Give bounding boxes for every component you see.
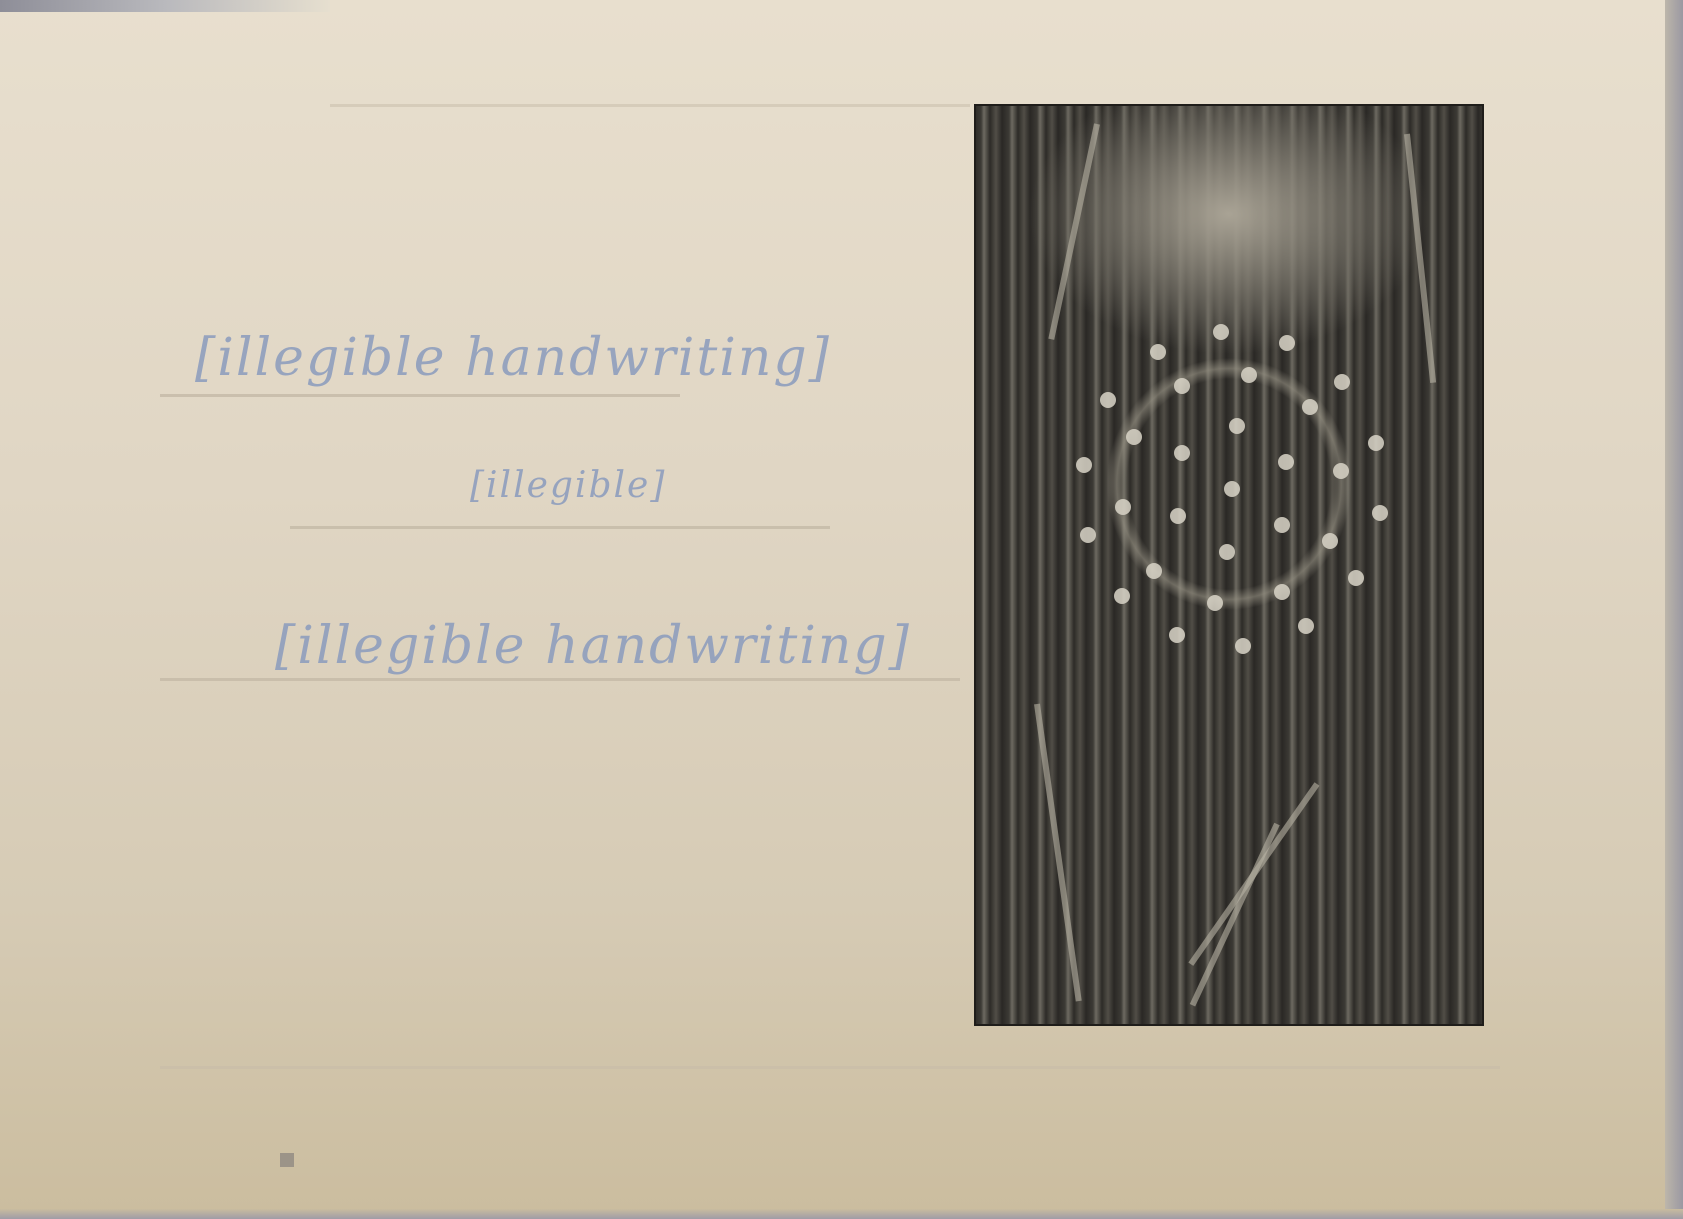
seed-dot [1219, 544, 1235, 560]
seed-dot [1115, 499, 1131, 515]
document-card: [illegible handwriting] [illegible] [ill… [0, 0, 1665, 1210]
handwritten-line-2: [illegible] [470, 465, 666, 506]
paper-mark [280, 1153, 294, 1167]
background-edge-bottom [0, 1209, 1683, 1219]
seed-dot [1126, 429, 1142, 445]
seed-dot [1279, 335, 1295, 351]
seed-dot [1334, 374, 1350, 390]
ruled-line-1 [160, 394, 680, 397]
seed-dot [1100, 392, 1116, 408]
handwritten-line-1: [illegible handwriting] [195, 328, 831, 388]
seed-dot [1170, 508, 1186, 524]
seed-dot [1278, 454, 1294, 470]
seed-dot [1169, 627, 1185, 643]
seed-dot [1348, 570, 1364, 586]
seed-dot [1076, 457, 1092, 473]
seed-dot [1274, 517, 1290, 533]
grass-blade [1048, 123, 1100, 339]
seed-dot [1207, 595, 1223, 611]
seed-dot [1298, 618, 1314, 634]
seed-dot [1174, 445, 1190, 461]
seed-dot [1213, 324, 1229, 340]
handwritten-line-3: [illegible handwriting] [275, 616, 911, 676]
seed-dot [1080, 527, 1096, 543]
grass-blade [1404, 134, 1436, 383]
seed-dot [1333, 463, 1349, 479]
seed-dot [1146, 563, 1162, 579]
seed-dot [1235, 638, 1251, 654]
lotus-pod-photograph [974, 104, 1484, 1026]
background-edge [0, 0, 330, 12]
seed-dot [1274, 584, 1290, 600]
background-edge-right [1665, 0, 1683, 1219]
seed-dot [1224, 481, 1240, 497]
seed-dot [1150, 344, 1166, 360]
seed-dot [1114, 588, 1130, 604]
ruled-line-bottom [160, 1066, 1500, 1069]
ruled-line-top [330, 104, 970, 107]
ruled-line-3 [160, 678, 960, 681]
seed-dot [1229, 418, 1245, 434]
seed-dot [1174, 378, 1190, 394]
seed-dot [1322, 533, 1338, 549]
seed-dot [1372, 505, 1388, 521]
seed-dot [1302, 399, 1318, 415]
seed-dot [1241, 367, 1257, 383]
seed-pod [1062, 304, 1402, 674]
seed-dot [1368, 435, 1384, 451]
ruled-line-2 [290, 526, 830, 529]
grass-blade [1034, 704, 1082, 1002]
grass-blade [1190, 823, 1280, 1007]
